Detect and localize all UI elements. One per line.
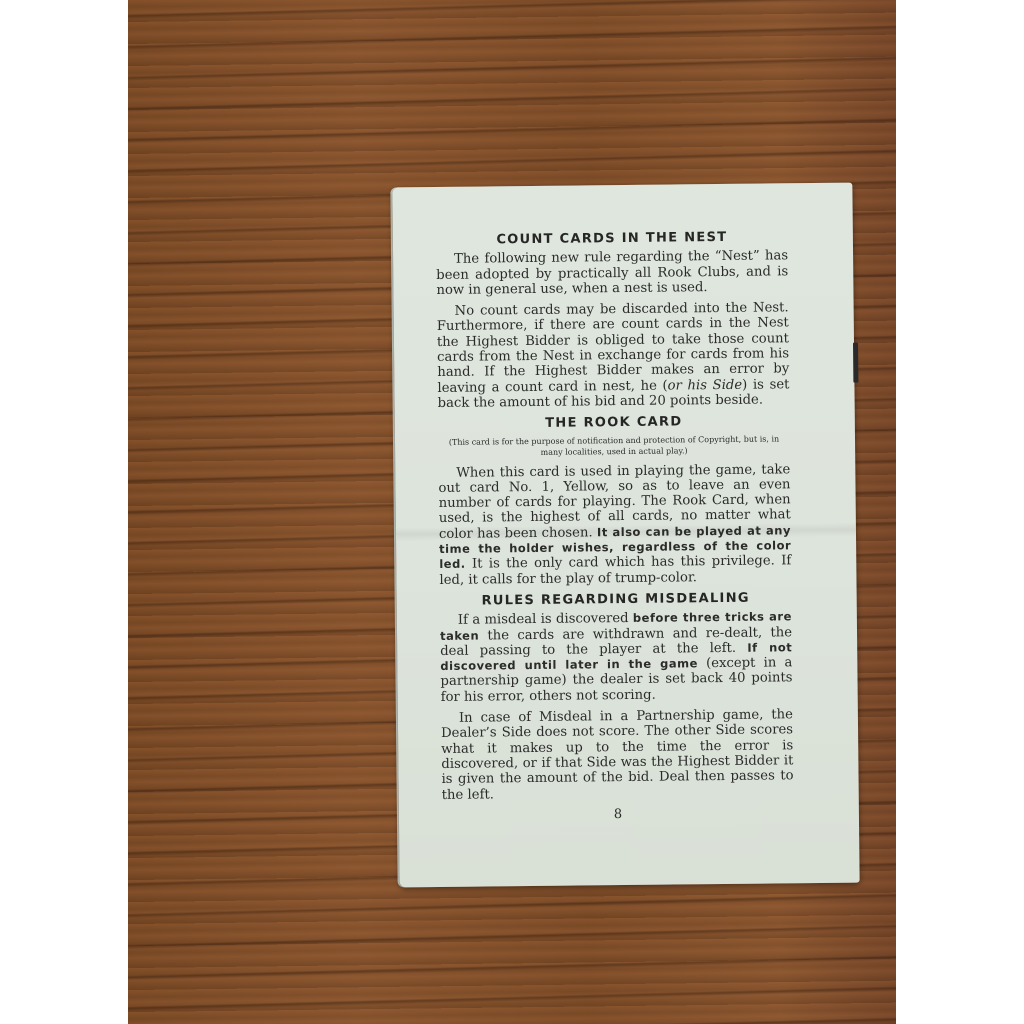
paragraph-partnership-misdeal: In case of Misdeal in a Partnership game…: [441, 707, 794, 802]
text-span: the cards are withdrawn and re-dealt, th…: [440, 625, 792, 659]
page-number: 8: [442, 805, 794, 824]
page-text: COUNT CARDS IN THE NEST The following ne…: [436, 229, 794, 824]
text-span: It is the only card which has this privi…: [439, 554, 791, 588]
paragraph-rook-card: When this card is used in playing the ga…: [438, 462, 791, 588]
heading-rook-card: THE ROOK CARD: [438, 414, 790, 433]
paragraph-misdeal-rule: If a misdeal is discovered before three …: [440, 610, 793, 705]
rule-booklet-page: COUNT CARDS IN THE NEST The following ne…: [392, 183, 859, 888]
booklet-staple-edge: [853, 343, 858, 383]
text-span: If a misdeal is discovered: [458, 611, 633, 628]
paragraph-no-count-cards: No count cards may be discarded into the…: [437, 300, 790, 411]
italic-text: or his Side: [668, 377, 743, 393]
paragraph-nest-rule: The following new rule regarding the “Ne…: [436, 249, 788, 299]
copyright-note: (This card is for the purpose of notific…: [438, 433, 790, 459]
wooden-table-photo: COUNT CARDS IN THE NEST The following ne…: [128, 0, 896, 1024]
heading-count-cards: COUNT CARDS IN THE NEST: [436, 229, 788, 248]
heading-misdealing: RULES REGARDING MISDEALING: [440, 590, 792, 609]
